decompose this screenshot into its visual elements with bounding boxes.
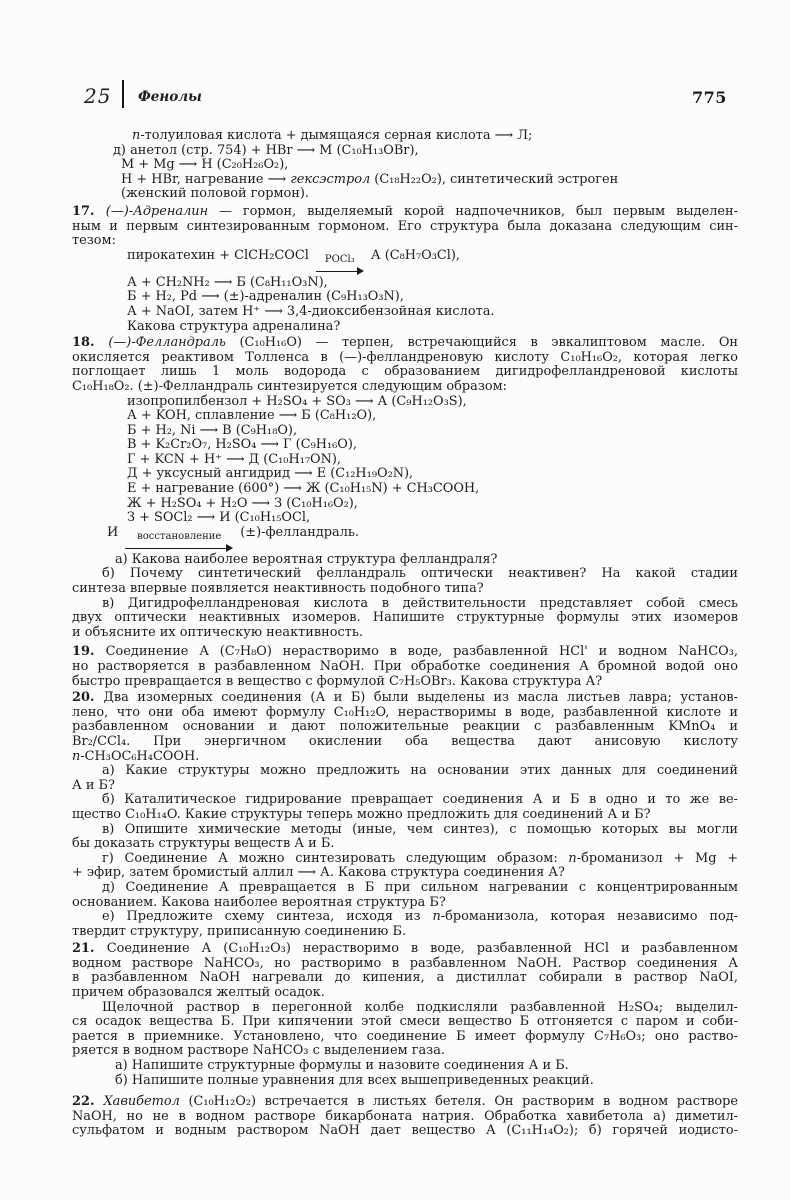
text-segment: Н + HBr, нагревание ⟶: [121, 172, 290, 187]
page-header: 25 Фенолы 775: [0, 82, 790, 112]
text-line: ряется в водном растворе NaHCO₃ с выделе…: [72, 1044, 738, 1059]
question-line: а) Какова наиболее вероятная структура ф…: [72, 553, 738, 568]
compound-name: Хавибетол: [103, 1094, 188, 1109]
compound-name: гексэстрол: [290, 172, 370, 187]
equation-line: М + Mg ⟶ Н (C₂₀H₂₆O₂),: [72, 158, 738, 173]
compound-name: (—)-Фелландраль: [108, 335, 239, 350]
text-segment: -толуиловая кислота + дымящаяся серная к…: [140, 128, 532, 143]
page-number: 775: [692, 88, 727, 107]
header-divider: [122, 80, 124, 108]
problem-number: 19.: [72, 644, 106, 659]
problem-19: 19. Соединение А (C₇H₈O) нерастворимо в …: [72, 645, 738, 689]
text-line: 20. Два изомерных соединения (А и Б) был…: [72, 691, 738, 706]
question-line: Какова структура адреналина?: [72, 320, 738, 335]
text-line: лено, что они оба имеют формулу C₁₀H₁₂O,…: [72, 706, 738, 721]
text-line: n-CH₃OC₆H₄COOH.: [72, 750, 738, 765]
text-line: рается в приемнике. Установлено, что сое…: [72, 1030, 738, 1045]
question-line: д) Соединение А превращается в Б при сил…: [72, 881, 738, 896]
text-line: быстро превращается в вещество с формуло…: [72, 675, 738, 690]
arrow-icon: [316, 267, 364, 276]
equation-line: В + K₂Cr₂O₇, H₂SO₄ ⟶ Г (C₉H₁₆O),: [72, 438, 738, 453]
text-line: в разбавленном NaOH нагревали до кипения…: [72, 971, 738, 986]
text-line: NaOH, но не в водном растворе бикарбонат…: [72, 1110, 738, 1125]
text-segment: Соединение А (C₇H₈O) нерастворимо в воде…: [106, 644, 738, 659]
text-line: причем образовался желтый осадок.: [72, 986, 738, 1001]
text-line: тезом:: [72, 234, 738, 249]
text-segment: -броманизол + Mg +: [577, 851, 738, 866]
equation-line: А + KOH, сплавление ⟶ Б (C₈H₁₂O),: [72, 409, 738, 424]
italic-segment: n: [568, 851, 576, 866]
text-segment: е) Предложите схему синтеза, исходя из: [102, 909, 432, 924]
reaction-arrow: POCl₃: [316, 255, 364, 276]
text-segment: (C₁₀H₁₂O₂) встречается в листьях бетеля.…: [188, 1094, 738, 1109]
text-line: 19. Соединение А (C₇H₈O) нерастворимо в …: [72, 645, 738, 660]
text-segment: (C₁₀H₁₆O) — терпен, встречающийся в эвка…: [240, 335, 738, 350]
arrow-icon: [125, 544, 233, 553]
question-line: а) Какие структуры можно предложить на о…: [72, 764, 738, 779]
equation-line: п-толуиловая кислота + дымящаяся серная …: [72, 129, 738, 144]
question-line: А и Б?: [72, 779, 738, 794]
equation-line: Ивосстановление(±)-фелландраль.: [72, 526, 738, 553]
question-line: + эфир, затем бромистый аллил ⟶ А. Каков…: [72, 866, 738, 881]
problem-number: 21.: [72, 941, 107, 956]
text-line: но растворяется в разбавленном NaOH. При…: [72, 660, 738, 675]
text-segment: Два изомерных соединения (А и Б) были вы…: [103, 690, 738, 705]
text-segment: -броманизола, которая независимо под-: [441, 909, 738, 924]
equation-line: Ж + H₂SO₄ + H₂O ⟶ З (C₁₀H₁₆O₂),: [72, 497, 738, 512]
equation-line: пирокатехин + ClCH₂COClPOCl₃А (C₈H₇O₃Cl)…: [72, 249, 738, 276]
problem-22: 22. Хавибетол (C₁₀H₁₂O₂) встречается в л…: [72, 1095, 738, 1139]
equation-line: Б + H₂, Ni ⟶ В (C₉H₁₈O),: [72, 424, 738, 439]
text-line: окисляется реактивом Толленса в (—)-фелл…: [72, 351, 738, 366]
reaction-arrow: восстановление: [125, 532, 233, 553]
equation-line: Б + H₂, Pd ⟶ (±)-адреналин (C₉H₁₃O₃N),: [72, 290, 738, 305]
problem-20: 20. Два изомерных соединения (А и Б) был…: [72, 691, 738, 939]
equation-line: Е + нагревание (600°) ⟶ Ж (C₁₀H₁₅N) + CH…: [72, 482, 738, 497]
equation-line: Н + HBr, нагревание ⟶ гексэстрол (C₁₈H₂₂…: [72, 173, 738, 188]
question-line: а) Напишите структурные формулы и назови…: [72, 1059, 738, 1074]
question-line: е) Предложите схему синтеза, исходя из n…: [72, 910, 738, 925]
question-line: б) Каталитическое гидрирование превращае…: [72, 793, 738, 808]
text-line: Br₂/CCl₄. При энергичном окислении оба в…: [72, 735, 738, 750]
equation-line: Д + уксусный ангидрид ⟶ Е (C₁₂H₁₉O₂N),: [72, 467, 738, 482]
equation-line: З + SOCl₂ ⟶ И (C₁₀H₁₅OCl,: [72, 511, 738, 526]
equation-line: А + NaOI, затем H⁺ ⟶ 3,4-диоксибензойная…: [72, 305, 738, 320]
problem-21: 21. Соединение А (C₁₀H₁₂O₃) нерастворимо…: [72, 942, 738, 1088]
problem-number: 22.: [72, 1094, 103, 1109]
text-segment: -CH₃OC₆H₄COOH.: [80, 749, 199, 764]
text-line: 21. Соединение А (C₁₀H₁₂O₃) нерастворимо…: [72, 942, 738, 957]
text-line: C₁₀H₁₈O₂. (±)-Фелландраль синтезируется …: [72, 380, 738, 395]
question-line: твердит структуру, приписанную соединени…: [72, 925, 738, 940]
equation-line: А + CH₂NH₂ ⟶ Б (C₈H₁₁O₃N),: [72, 276, 738, 291]
text-line: 18. (—)-Фелландраль (C₁₀H₁₆O) — терпен, …: [72, 336, 738, 351]
text-segment: (C₁₈H₂₂O₂), синтетический эстроген: [370, 172, 618, 187]
problem-16-continuation: п-толуиловая кислота + дымящаяся серная …: [72, 129, 738, 202]
question-line: б) Почему синтетический фелландраль опти…: [72, 567, 738, 582]
question-line: основанием. Какова наиболее вероятная ст…: [72, 896, 738, 911]
italic-segment: n: [432, 909, 440, 924]
question-line: в) Дигидрофелландреновая кислота в дейст…: [72, 597, 738, 612]
question-line: б) Напишите полные уравнения для всех вы…: [72, 1074, 738, 1089]
question-line: г) Соединение А можно синтезировать след…: [72, 852, 738, 867]
text-line: поглощает лишь 1 моль водорода с образов…: [72, 365, 738, 380]
equation-line: д) анетол (стр. 754) + HBr ⟶ М (C₁₀H₁₃OB…: [72, 144, 738, 159]
equation-line: изопропилбензол + H₂SO₄ + SO₃ ⟶ А (C₉H₁₂…: [72, 395, 738, 410]
text-line: ся осадок вещества Б. При кипячении этой…: [72, 1015, 738, 1030]
reagent-label: восстановление: [137, 532, 221, 542]
text-line: разбавленном основании и дают положитель…: [72, 720, 738, 735]
text-segment: пирокатехин + ClCH₂COCl: [127, 248, 309, 263]
text-segment: А (C₈H₇O₃Cl),: [371, 248, 460, 263]
text-segment: г) Соединение А можно синтезировать след…: [102, 851, 568, 866]
problem-number: 20.: [72, 690, 103, 705]
text-line: 17. (—)-Адреналин — гормон, выделяемый к…: [72, 205, 738, 220]
equation-line: (женский половой гормон).: [72, 187, 738, 202]
chapter-number: 25: [84, 84, 111, 108]
text-segment: Соединение А (C₁₀H₁₂O₃) нерастворимо в в…: [107, 941, 738, 956]
problem-number: 17.: [72, 204, 106, 219]
chapter-title: Фенолы: [138, 89, 202, 105]
text-segment: И: [107, 525, 118, 540]
equation-line: Г + KCN + H⁺ ⟶ Д (C₁₀H₁₇ON),: [72, 453, 738, 468]
question-line: синтеза впервые появляется неактивность …: [72, 582, 738, 597]
text-line: водном растворе NaHCO₃, но растворимо в …: [72, 957, 738, 972]
text-line: 22. Хавибетол (C₁₀H₁₂O₂) встречается в л…: [72, 1095, 738, 1110]
text-segment: (±)-фелландраль.: [240, 525, 359, 540]
problem-number: 18.: [72, 335, 108, 350]
page-body: п-толуиловая кислота + дымящаяся серная …: [72, 129, 738, 1139]
text-line: ным и первым синтезированным гормоном. Е…: [72, 220, 738, 235]
question-line: щество C₁₀H₁₄O. Какие структуры теперь м…: [72, 808, 738, 823]
text-line: сульфатом и водным раствором NaOH дает в…: [72, 1124, 738, 1139]
question-line: в) Опишите химические методы (иные, чем …: [72, 823, 738, 838]
question-line: бы доказать структуры веществ А и Б.: [72, 837, 738, 852]
question-line: и объясните их оптическую неактивность.: [72, 626, 738, 641]
text-line: Щелочной раствор в перегонной колбе подк…: [72, 1001, 738, 1016]
text-segment: — гормон, выделяемый корой надпочечников…: [219, 204, 738, 219]
book-page: 25 Фенолы 775 п-толуиловая кислота + дым…: [0, 0, 790, 1200]
reagent-label: POCl₃: [325, 255, 355, 265]
question-line: двух оптически неактивных изомеров. Напи…: [72, 611, 738, 626]
problem-17: 17. (—)-Адреналин — гормон, выделяемый к…: [72, 205, 738, 334]
compound-name: (—)-Адреналин: [106, 204, 219, 219]
problem-18: 18. (—)-Фелландраль (C₁₀H₁₆O) — терпен, …: [72, 336, 738, 640]
